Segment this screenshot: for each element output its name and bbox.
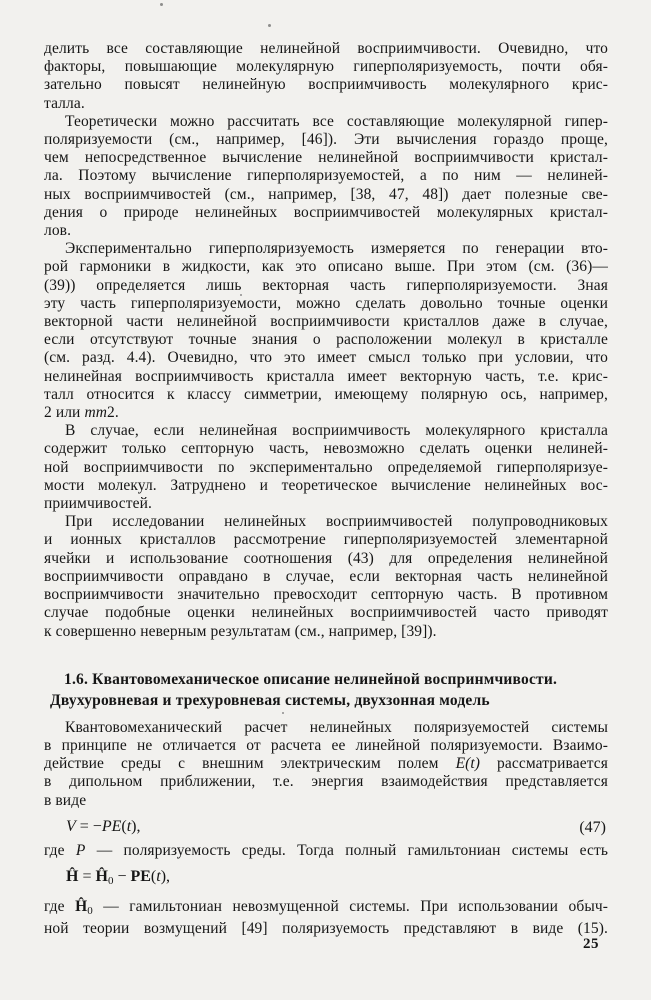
scan-speck <box>282 712 284 714</box>
text-line: случае подобные оценки нелинейных воспри… <box>44 604 608 622</box>
math-operator: = <box>78 868 95 885</box>
text-line: факторы, повышающие молекулярную гиперпо… <box>44 58 608 76</box>
math-paren: ), <box>161 868 170 885</box>
text-line: зательно повысят нелинейную восприимчиво… <box>44 76 608 94</box>
section-heading: 1.6. Квантовомеханическое описание нелин… <box>44 669 608 712</box>
text-segment: — гамильтониан невозмущенной системы. Пр… <box>93 898 608 915</box>
text-segment: рассматривается <box>480 755 608 772</box>
text-line: Квантовомеханический расчет нелинейных п… <box>44 719 608 737</box>
text-line: в дипольном приближении, т.е. энергия вз… <box>44 773 608 791</box>
text-line: и ионных кристаллов рассмотрение гиперпо… <box>44 531 608 549</box>
text-segment: действие среды с внешним электрическим п… <box>44 755 456 772</box>
paragraph-1: делить все составляющие нелинейной воспр… <box>44 40 608 113</box>
hat-H0-symbol: Ĥ <box>95 868 107 885</box>
text-line: талла. <box>44 95 608 113</box>
text-line: ла. Поэтому вычисление гиперполяризуемос… <box>44 167 608 185</box>
text-line: При исследовании нелинейных восприимчиво… <box>44 513 608 531</box>
scan-speck <box>240 294 242 296</box>
text-line: ных восприимчивостей (см., например, [38… <box>44 186 608 204</box>
text-line: нелинейная восприимчивость кристалла име… <box>44 368 608 386</box>
text-line: 2 или mm2. <box>44 404 608 422</box>
math-symbol: E(t) <box>456 755 481 772</box>
section-heading-line: 1.6. Квантовомеханическое описание нелин… <box>44 669 608 691</box>
text-line: действие среды с внешним электрическим п… <box>44 755 608 773</box>
text-segment: 2 или <box>44 404 84 421</box>
text-line: где Ĥ0 — гамильтониан невозмущенной сист… <box>44 898 608 920</box>
text-line: в виде <box>44 792 608 810</box>
hamiltonian-equation: Ĥ = Ĥ0 − PE(t), <box>44 865 608 893</box>
text-line: эту часть гиперполяризуемости, можно сде… <box>44 295 608 313</box>
equation-number: (47) <box>579 818 606 838</box>
hat-H-symbol: Ĥ <box>66 868 78 885</box>
text-line: ной восприимчивости по экспериментально … <box>44 459 608 477</box>
text-line: чем непосредственное вычисление нелинейн… <box>44 149 608 167</box>
math-paren: ), <box>131 818 140 835</box>
paragraph-3: Экспериментально гиперполяризуемость изм… <box>44 240 608 422</box>
math-symbol: PE <box>102 818 122 835</box>
text-segment: где <box>44 898 75 915</box>
section-heading-line: Двухуровневая и трехуровневая системы, д… <box>44 690 608 712</box>
scan-speck <box>512 80 514 82</box>
paragraph-7: где P — поляризуемость среды. Тогда полн… <box>44 842 608 860</box>
math-symbol: PE <box>130 868 150 885</box>
math-symbol: V <box>66 818 76 835</box>
text-line: (см. разд. 4.4). Очевидно, что это имеет… <box>44 349 608 367</box>
text-line: если отсутствуют точные знания о располо… <box>44 331 608 349</box>
text-line: поляризуемости (см., например, [46]). Эт… <box>44 131 608 149</box>
page-number: 25 <box>583 936 599 953</box>
hat-H0-symbol: Ĥ <box>75 898 87 915</box>
text-line: Экспериментально гиперполяризуемость изм… <box>44 240 608 258</box>
text-segment: где <box>44 842 76 859</box>
text-line: талл относится к классу симметрии, имеющ… <box>44 386 608 404</box>
text-line: в принципе не отличается от расчета ее л… <box>44 737 608 755</box>
paragraph-8: где Ĥ0 — гамильтониан невозмущенной сист… <box>44 898 608 938</box>
math-operator: = − <box>76 818 102 835</box>
text-line: (39)) определяется лишь векторная часть … <box>44 277 608 295</box>
math-operator: − <box>113 868 130 885</box>
text-line: мости молекул. Затруднено и теоретическо… <box>44 477 608 495</box>
paragraph-4: В случае, если нелинейная восприимчивост… <box>44 422 608 513</box>
equation-47: V = −PE(t), (47) <box>44 817 608 837</box>
scanned-page: делить все составляющие нелинейной воспр… <box>0 0 651 1000</box>
text-line: ячейки и использование соотношения (43) … <box>44 550 608 568</box>
page-body: делить все составляющие нелинейной воспр… <box>44 40 608 938</box>
text-line: делить все составляющие нелинейной воспр… <box>44 40 608 58</box>
text-line: ной теории возмущений [49] поляризуемост… <box>44 920 608 938</box>
text-line: приимчивостей. <box>44 495 608 513</box>
text-line: векторной части нелинейной восприимчивос… <box>44 313 608 331</box>
text-line: рой гармоники в жидкости, как это описан… <box>44 258 608 276</box>
text-line: восприимчивости оправдано в случае, если… <box>44 568 608 586</box>
paragraph-6: Квантовомеханический расчет нелинейных п… <box>44 719 608 810</box>
math-symbol: mm <box>84 404 107 421</box>
text-line: Теоретически можно рассчитать все состав… <box>44 113 608 131</box>
paragraph-2: Теоретически можно рассчитать все состав… <box>44 113 608 240</box>
paragraph-5: При исследовании нелинейных восприимчиво… <box>44 513 608 640</box>
text-line: содержит только септорную часть, невозмо… <box>44 440 608 458</box>
text-line: В случае, если нелинейная восприимчивост… <box>44 422 608 440</box>
text-line: дения о природе нелинейных восприимчивос… <box>44 204 608 222</box>
text-line: восприимчивости значительно превосходит … <box>44 586 608 604</box>
scan-speck <box>160 3 163 6</box>
text-segment: — поляризуемость среды. Тогда полный гам… <box>85 842 608 859</box>
text-line: к совершенно неверным результатам (см., … <box>44 623 608 641</box>
text-line: лов. <box>44 222 608 240</box>
scan-speck <box>268 24 271 27</box>
text-segment: 2. <box>107 404 119 421</box>
